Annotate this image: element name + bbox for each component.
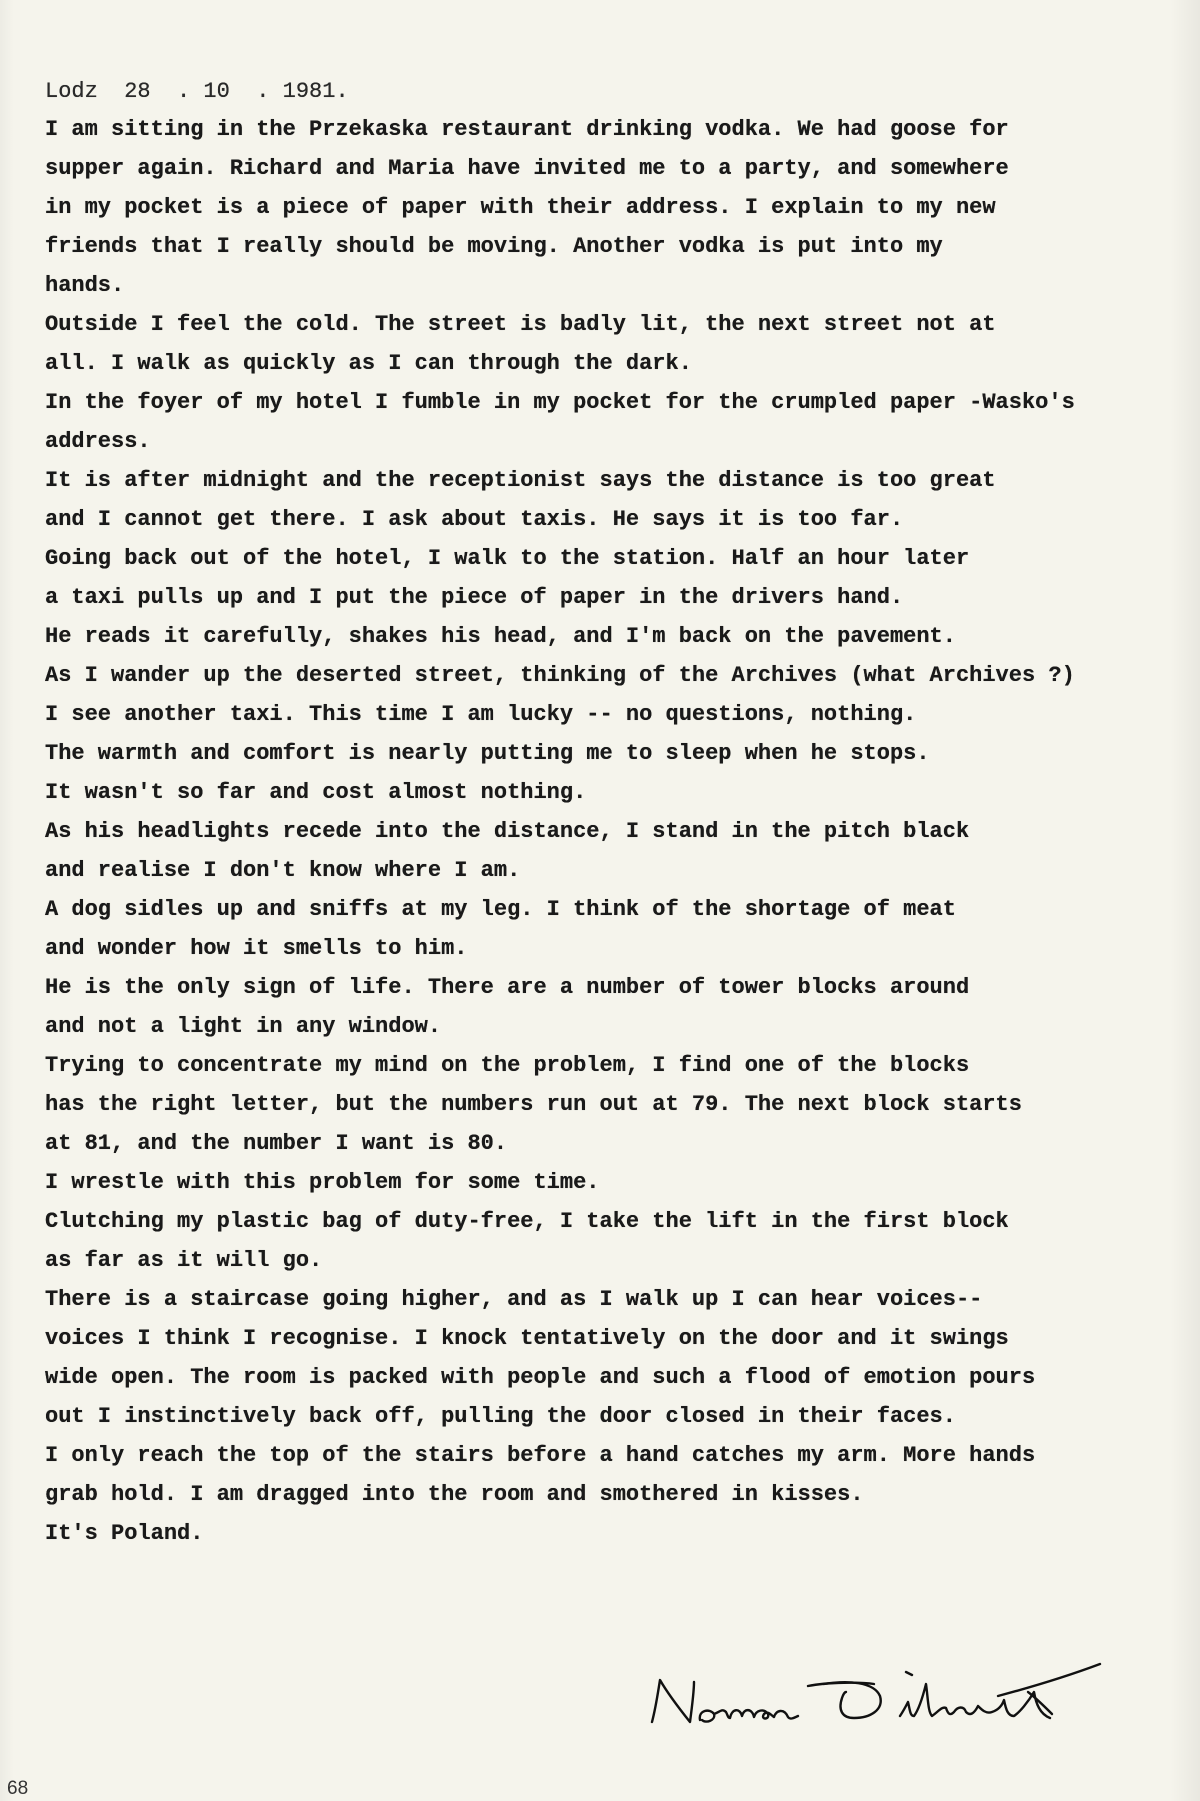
handwritten-signature: Norman Dilworth <box>648 1662 1108 1742</box>
letter-line: A dog sidles up and sniffs at my leg. I … <box>45 890 1075 929</box>
letter-line: Going back out of the hotel, I walk to t… <box>45 539 1075 578</box>
letter-line: friends that I really should be moving. … <box>45 227 1075 266</box>
letter-line: address. <box>45 422 1075 461</box>
letter-line: at 81, and the number I want is 80. <box>45 1124 1075 1163</box>
letter-line: grab hold. I am dragged into the room an… <box>45 1475 1075 1514</box>
letter-line: He reads it carefully, shakes his head, … <box>45 617 1075 656</box>
letter-line: voices I think I recognise. I knock tent… <box>45 1319 1075 1358</box>
letter-line: The warmth and comfort is nearly putting… <box>45 734 1075 773</box>
letter-line: I only reach the top of the stairs befor… <box>45 1436 1075 1475</box>
letter-line: It wasn't so far and cost almost nothing… <box>45 773 1075 812</box>
letter-body: I am sitting in the Przekaska restaurant… <box>45 110 1075 1553</box>
scanned-page: Lodz 28 . 10 . 1981. I am sitting in the… <box>0 0 1200 1801</box>
letter-line: As I wander up the deserted street, thin… <box>45 656 1075 695</box>
letter-line: all. I walk as quickly as I can through … <box>45 344 1075 383</box>
letter-line: I wrestle with this problem for some tim… <box>45 1163 1075 1202</box>
typewritten-letter: Lodz 28 . 10 . 1981. I am sitting in the… <box>45 72 1075 1553</box>
page-number: 68 <box>7 1778 28 1800</box>
letter-line: I see another taxi. This time I am lucky… <box>45 695 1075 734</box>
letter-line: out I instinctively back off, pulling th… <box>45 1397 1075 1436</box>
letter-line: It's Poland. <box>45 1514 1075 1553</box>
letter-line: Trying to concentrate my mind on the pro… <box>45 1046 1075 1085</box>
letter-line: supper again. Richard and Maria have inv… <box>45 149 1075 188</box>
letter-line: hands. <box>45 266 1075 305</box>
letter-line: He is the only sign of life. There are a… <box>45 968 1075 1007</box>
letter-line: Outside I feel the cold. The street is b… <box>45 305 1075 344</box>
letter-line: and I cannot get there. I ask about taxi… <box>45 500 1075 539</box>
letter-line: As his headlights recede into the distan… <box>45 812 1075 851</box>
letter-line: has the right letter, but the numbers ru… <box>45 1085 1075 1124</box>
dateline: Lodz 28 . 10 . 1981. <box>45 72 1075 110</box>
letter-line: It is after midnight and the receptionis… <box>45 461 1075 500</box>
letter-line: Clutching my plastic bag of duty-free, I… <box>45 1202 1075 1241</box>
letter-line: in my pocket is a piece of paper with th… <box>45 188 1075 227</box>
letter-line: and realise I don't know where I am. <box>45 851 1075 890</box>
letter-line: and wonder how it smells to him. <box>45 929 1075 968</box>
letter-line: a taxi pulls up and I put the piece of p… <box>45 578 1075 617</box>
letter-line: In the foyer of my hotel I fumble in my … <box>45 383 1075 422</box>
letter-line: as far as it will go. <box>45 1241 1075 1280</box>
letter-line: and not a light in any window. <box>45 1007 1075 1046</box>
letter-line: wide open. The room is packed with peopl… <box>45 1358 1075 1397</box>
letter-line: There is a staircase going higher, and a… <box>45 1280 1075 1319</box>
letter-line: I am sitting in the Przekaska restaurant… <box>45 110 1075 149</box>
